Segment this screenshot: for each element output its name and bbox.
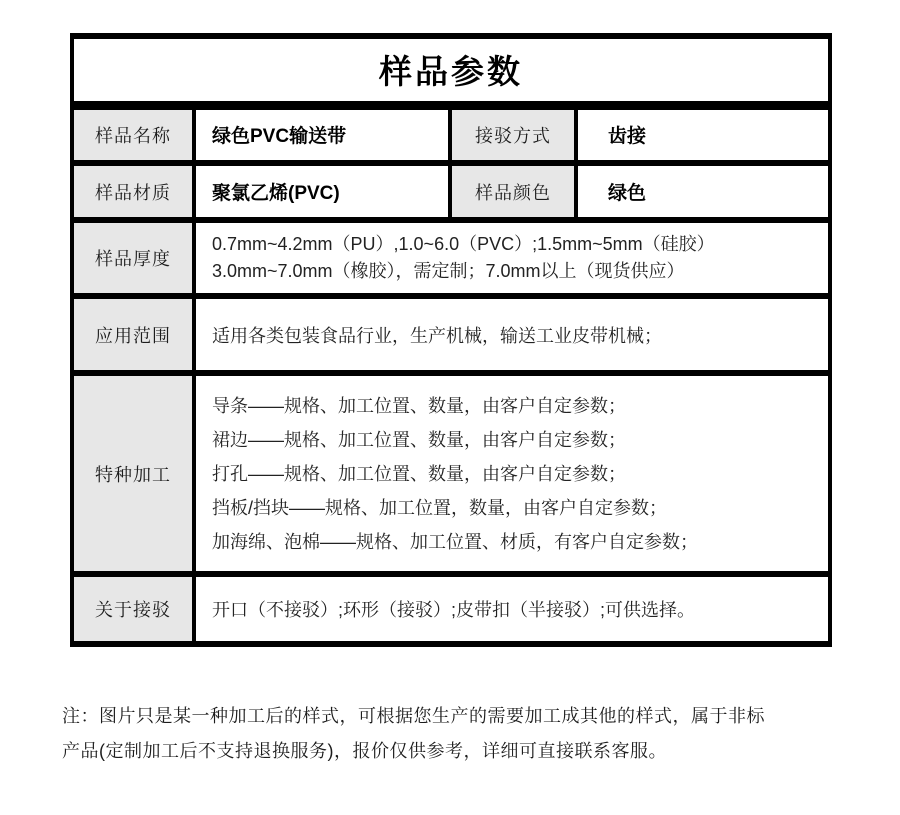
product-spec-sheet: 样品参数 样品名称 绿色PVC输送带 接驳方式 齿接 样品材质 聚氯乙烯(PVC… (0, 0, 900, 815)
sample-parameter-table: 样品参数 样品名称 绿色PVC输送带 接驳方式 齿接 样品材质 聚氯乙烯(PVC… (70, 33, 832, 647)
label-sample-thickness: 样品厚度 (72, 220, 194, 296)
thickness-line-2: 3.0mm~7.0mm（橡胶），需定制；7.0mm以上（现货供应） (212, 258, 820, 285)
special-processing-line-3: 打孔——规格、加工位置、数量，由客户自定参数； (212, 457, 820, 491)
row-about-joint: 关于接驳 开口（不接驳）;环形（接驳）;皮带扣（半接驳）;可供选择。 (72, 574, 830, 644)
value-about-joint: 开口（不接驳）;环形（接驳）;皮带扣（半接驳）;可供选择。 (194, 574, 830, 644)
row-special-processing: 特种加工 导条——规格、加工位置、数量，由客户自定参数； 裙边——规格、加工位置… (72, 373, 830, 574)
label-sample-name: 样品名称 (72, 105, 194, 163)
label-special-processing: 特种加工 (72, 373, 194, 574)
row-application-range: 应用范围 适用各类包装食品行业，生产机械，输送工业皮带机械； (72, 296, 830, 373)
label-application-range: 应用范围 (72, 296, 194, 373)
footnote-line-2: 产品(定制加工后不支持退换服务)，报价仅供参考，详细可直接联系客服。 (62, 734, 852, 769)
value-application-range: 适用各类包装食品行业，生产机械，输送工业皮带机械； (194, 296, 830, 373)
value-sample-thickness: 0.7mm~4.2mm（PU）,1.0~6.0（PVC）;1.5mm~5mm（硅… (194, 220, 830, 296)
special-processing-line-5: 加海绵、泡棉——规格、加工位置、材质，有客户自定参数； (212, 525, 820, 559)
row-sample-material: 样品材质 聚氯乙烯(PVC) 样品颜色 绿色 (72, 163, 830, 220)
special-processing-line-2: 裙边——规格、加工位置、数量，由客户自定参数； (212, 423, 820, 457)
special-processing-line-4: 挡板/挡块——规格、加工位置，数量，由客户自定参数； (212, 491, 820, 525)
title-row: 样品参数 (72, 36, 830, 105)
value-joint-method: 齿接 (576, 105, 830, 163)
row-sample-thickness: 样品厚度 0.7mm~4.2mm（PU）,1.0~6.0（PVC）;1.5mm~… (72, 220, 830, 296)
value-sample-material: 聚氯乙烯(PVC) (194, 163, 450, 220)
label-about-joint: 关于接驳 (72, 574, 194, 644)
value-sample-name: 绿色PVC输送带 (194, 105, 450, 163)
special-processing-line-1: 导条——规格、加工位置、数量，由客户自定参数； (212, 389, 820, 423)
label-joint-method: 接驳方式 (450, 105, 576, 163)
value-sample-color: 绿色 (576, 163, 830, 220)
table-title: 样品参数 (72, 36, 830, 105)
footnote-line-1: 注：图片只是某一种加工后的样式，可根据您生产的需要加工成其他的样式，属于非标 (62, 699, 852, 734)
row-sample-name: 样品名称 绿色PVC输送带 接驳方式 齿接 (72, 105, 830, 163)
value-special-processing: 导条——规格、加工位置、数量，由客户自定参数； 裙边——规格、加工位置、数量，由… (194, 373, 830, 574)
footnote: 注：图片只是某一种加工后的样式，可根据您生产的需要加工成其他的样式，属于非标 产… (62, 699, 852, 769)
thickness-line-1: 0.7mm~4.2mm（PU）,1.0~6.0（PVC）;1.5mm~5mm（硅… (212, 231, 820, 258)
label-sample-color: 样品颜色 (450, 163, 576, 220)
label-sample-material: 样品材质 (72, 163, 194, 220)
